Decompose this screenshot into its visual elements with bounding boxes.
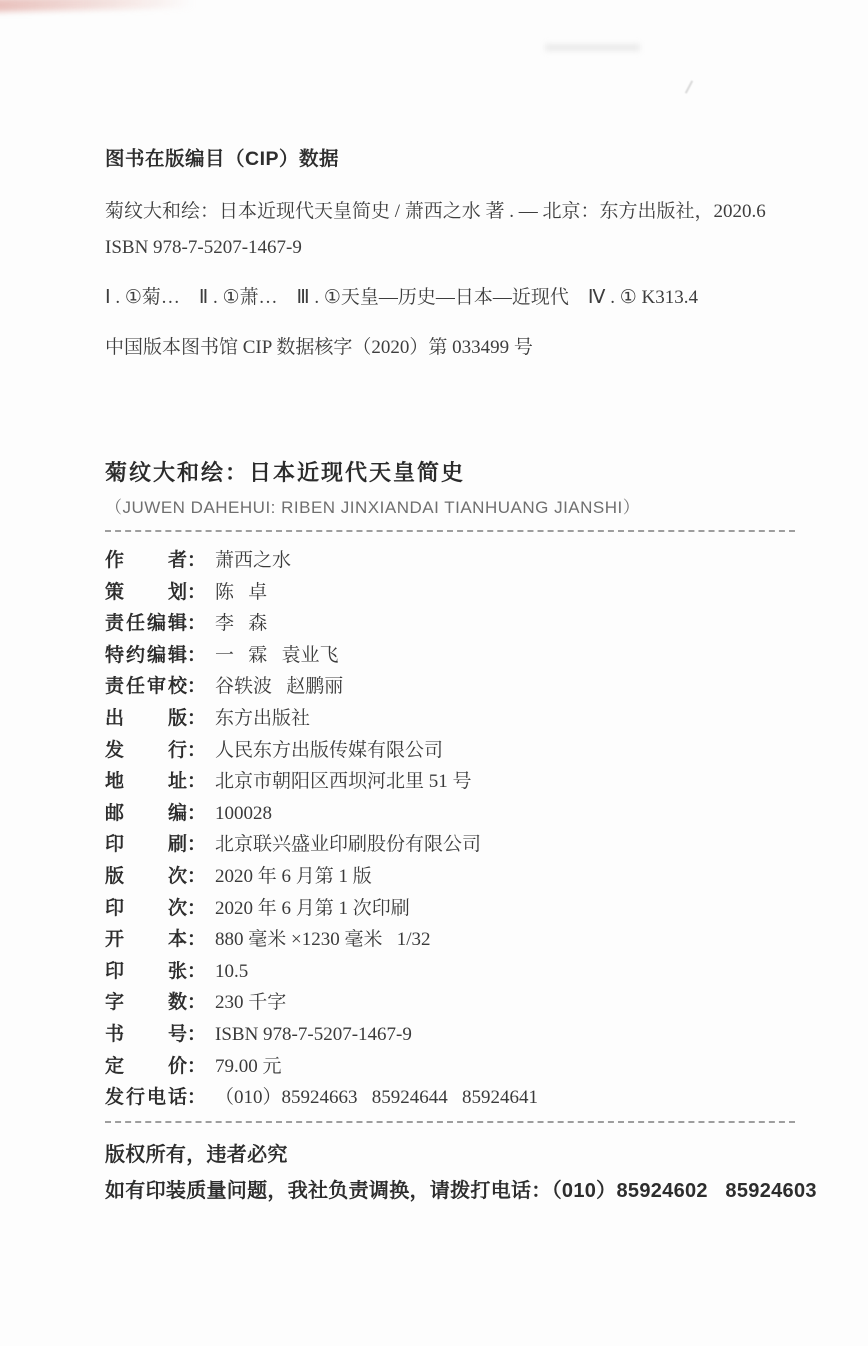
colophon-row-colon: ： (187, 1051, 206, 1083)
scan-artifact-scratch (685, 80, 693, 93)
book-title: 菊纹大和绘：日本近现代天皇简史 (105, 458, 795, 488)
colophon-row-colon: ： (187, 956, 206, 988)
colophon-row-label: 发行电话 (105, 1082, 187, 1114)
colophon-row-colon: ： (187, 861, 206, 893)
colophon-row: 作者：萧西之水 (105, 545, 795, 577)
copyright-page: 图书在版编目（CIP）数据 菊纹大和绘：日本近现代天皇简史 / 萧西之水 著 .… (0, 0, 868, 1346)
colophon-row-value: 东方出版社 (215, 703, 310, 735)
book-title-pinyin: （JUWEN DAHEHUI: RIBEN JINXIANDAI TIANHUA… (105, 496, 795, 520)
colophon-row: 印张：10.5 (105, 956, 795, 988)
colophon-row-label: 邮编 (105, 798, 187, 830)
colophon-row: 版次：2020 年 6 月第 1 版 (105, 861, 795, 893)
colophon-row-value: 79.00 元 (215, 1051, 282, 1083)
colophon-row: 责任编辑：李 森 (105, 608, 795, 640)
colophon-row-label: 责任编辑 (105, 608, 187, 640)
colophon-row-colon: ： (187, 703, 206, 735)
colophon-row-colon: ： (187, 640, 206, 672)
colophon-row-label: 地址 (105, 766, 187, 798)
colophon-row: 字数：230 千字 (105, 987, 795, 1019)
colophon-row: 开本：880 毫米 ×1230 毫米 1/32 (105, 924, 795, 956)
colophon-row-label: 责任审校 (105, 671, 187, 703)
colophon-row: 责任审校：谷轶波 赵鹏丽 (105, 671, 795, 703)
scan-artifact-gray-smudge (545, 44, 640, 51)
colophon-row-label: 印张 (105, 956, 187, 988)
colophon-row-value: 一 霖 袁业飞 (215, 640, 339, 672)
cip-title-line: 菊纹大和绘：日本近现代天皇简史 / 萧西之水 著 . — 北京：东方出版社，20… (105, 197, 795, 227)
colophon-row-value: 2020 年 6 月第 1 版 (215, 861, 372, 893)
colophon-row-label: 字数 (105, 987, 187, 1019)
colophon-row-value: 10.5 (215, 956, 248, 988)
colophon-row-colon: ： (187, 671, 206, 703)
colophon-row: 书号：ISBN 978-7-5207-1467-9 (105, 1019, 795, 1051)
colophon-row-label: 发行 (105, 735, 187, 767)
colophon-row: 策划：陈 卓 (105, 577, 795, 609)
scan-artifact-pink-smudge (0, 0, 194, 12)
colophon-row-value: 2020 年 6 月第 1 次印刷 (215, 893, 410, 925)
colophon-row-colon: ： (187, 893, 206, 925)
colophon-row-value: 李 森 (215, 608, 267, 640)
colophon-row-colon: ： (187, 987, 206, 1019)
copyright-notice: 版权所有，违者必究 (105, 1140, 795, 1170)
colophon-row-colon: ： (187, 1019, 206, 1051)
cip-classification: Ⅰ . ①菊… Ⅱ . ①萧… Ⅲ . ①天皇—历史—日本—近现代 Ⅳ . ① … (105, 283, 795, 313)
dashed-divider-bottom (105, 1121, 795, 1123)
colophon-row-value: ISBN 978-7-5207-1467-9 (215, 1019, 412, 1051)
colophon-row-colon: ： (187, 1082, 206, 1114)
colophon-row: 地址：北京市朝阳区西坝河北里 51 号 (105, 766, 795, 798)
dashed-divider-top (105, 530, 795, 532)
colophon-list: 作者：萧西之水 策划：陈 卓 责任编辑：李 森 特约编辑：一 霖 袁业飞 责任审… (105, 545, 795, 1114)
colophon-row-value: 北京市朝阳区西坝河北里 51 号 (215, 766, 472, 798)
colophon-row-value: 萧西之水 (215, 545, 291, 577)
quality-notice: 如有印装质量问题，我社负责调换，请拨打电话：（010）85924602 8592… (105, 1176, 795, 1206)
colophon-row-value: 100028 (215, 798, 272, 830)
colophon-row-value: 谷轶波 赵鹏丽 (215, 671, 343, 703)
colophon-row-label: 印刷 (105, 829, 187, 861)
colophon-row-colon: ： (187, 924, 206, 956)
colophon-row-colon: ： (187, 766, 206, 798)
colophon-row-value: 230 千字 (215, 987, 286, 1019)
cip-header: 图书在版编目（CIP）数据 (105, 146, 795, 172)
colophon-row-label: 作者 (105, 545, 187, 577)
colophon-row-label: 书号 (105, 1019, 187, 1051)
colophon-row-label: 策划 (105, 577, 187, 609)
colophon-row: 定价：79.00 元 (105, 1051, 795, 1083)
colophon-row-label: 定价 (105, 1051, 187, 1083)
colophon-row-colon: ： (187, 608, 206, 640)
colophon-row: 发行电话：（010）85924663 85924644 85924641 (105, 1082, 795, 1114)
cip-isbn: ISBN 978-7-5207-1467-9 (105, 233, 795, 263)
colophon-row-value: （010）85924663 85924644 85924641 (215, 1082, 538, 1114)
colophon-row-colon: ： (187, 545, 206, 577)
colophon-row-value: 人民东方出版传媒有限公司 (215, 735, 443, 767)
colophon-row-colon: ： (187, 798, 206, 830)
colophon-row-value: 陈 卓 (215, 577, 267, 609)
colophon-row-value: 北京联兴盛业印刷股份有限公司 (215, 829, 481, 861)
colophon-row-label: 特约编辑 (105, 640, 187, 672)
colophon-row: 印刷：北京联兴盛业印刷股份有限公司 (105, 829, 795, 861)
colophon-row: 发行：人民东方出版传媒有限公司 (105, 735, 795, 767)
cip-record-number: 中国版本图书馆 CIP 数据核字（2020）第 033499 号 (105, 333, 795, 363)
colophon-row-label: 出版 (105, 703, 187, 735)
colophon-row-label: 版次 (105, 861, 187, 893)
colophon-row-label: 印次 (105, 893, 187, 925)
colophon-row-colon: ： (187, 829, 206, 861)
colophon-row-colon: ： (187, 577, 206, 609)
colophon-row-value: 880 毫米 ×1230 毫米 1/32 (215, 924, 431, 956)
colophon-row: 邮编：100028 (105, 798, 795, 830)
colophon-row: 出版：东方出版社 (105, 703, 795, 735)
colophon-row-colon: ： (187, 735, 206, 767)
colophon-row: 印次：2020 年 6 月第 1 次印刷 (105, 893, 795, 925)
colophon-row: 特约编辑：一 霖 袁业飞 (105, 640, 795, 672)
colophon-row-label: 开本 (105, 924, 187, 956)
